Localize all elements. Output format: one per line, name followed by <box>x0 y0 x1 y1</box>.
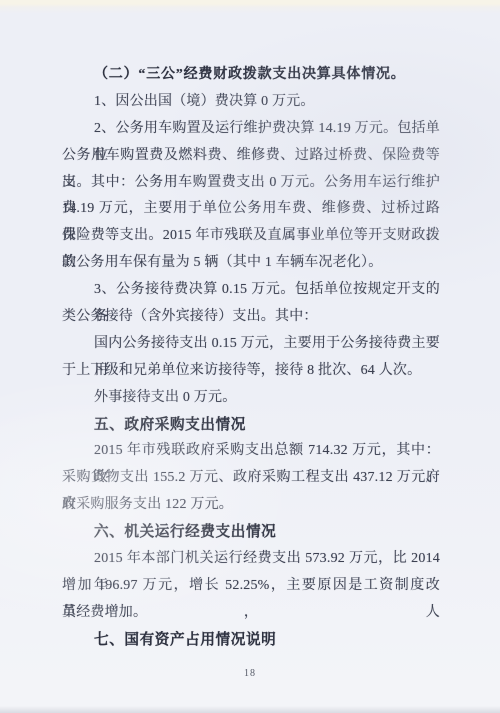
text-line: 出。其中：公务用车购置费支出 0 万元。公务用车运行维护费 <box>62 170 440 197</box>
text-line: 七、国有资产占用情况说明 <box>62 627 440 654</box>
text-line: 2015 年市残联政府采购支出总额 714.32 万元，其中：政府 <box>62 438 440 465</box>
text-line: 国内公务接待支出 0.15 万元，主要用于公务接待费主要用 <box>62 331 440 358</box>
text-line: 府采购服务支出 122 万元。 <box>62 492 440 519</box>
text-line: 14.19 万元，主要用于单位公务用车费、维修费、过桥过路费、 <box>62 196 440 223</box>
text-line: 六、机关运行经费支出情况 <box>62 519 440 546</box>
text-line: 保险费等支出。2015 年市残联及直属事业单位等开支财政拨款 <box>62 223 440 250</box>
text-line: （二）“三公”经费财政拨款支出决算具体情况。 <box>62 62 440 89</box>
text-line: 公务用车购置费及燃料费、维修费、过路过桥费、保险费等支 <box>62 143 440 170</box>
text-line: 1、因公出国（境）费决算 0 万元。 <box>62 89 440 116</box>
text-line: 五、政府采购支出情况 <box>62 412 440 439</box>
text-line: 增加 196.97 万元，增长 52.25%，主要原因是工资制度改革，人 <box>62 573 440 600</box>
scanned-document-page: （二）“三公”经费财政拨款支出决算具体情况。1、因公出国（境）费决算 0 万元。… <box>0 0 500 713</box>
text-line: 类公务接待（含外宾接待）支出。其中： <box>62 304 440 331</box>
text-line: 的公务用车保有量为 5 辆（其中 1 车辆车况老化）。 <box>62 250 440 277</box>
text-line: 3、公务接待费决算 0.15 万元。包括单位按规定开支的各 <box>62 277 440 304</box>
text-line: 于上下级和兄弟单位来访接待等，接待 8 批次、64 人次。 <box>62 358 440 385</box>
text-line: 外事接待支出 0 万元。 <box>62 385 440 412</box>
text-line: 2、公务用车购置及运行维护费决算 14.19 万元。包括单位 <box>62 116 440 143</box>
document-text-block: （二）“三公”经费财政拨款支出决算具体情况。1、因公出国（境）费决算 0 万元。… <box>62 62 440 654</box>
text-line: 采购货物支出 155.2 万元、政府采购工程支出 437.12 万元、政 <box>62 465 440 492</box>
page-number: 18 <box>0 667 500 681</box>
text-line: 2015 年本部门机关运行经费支出 573.92 万元，比 2014 年 <box>62 546 440 573</box>
